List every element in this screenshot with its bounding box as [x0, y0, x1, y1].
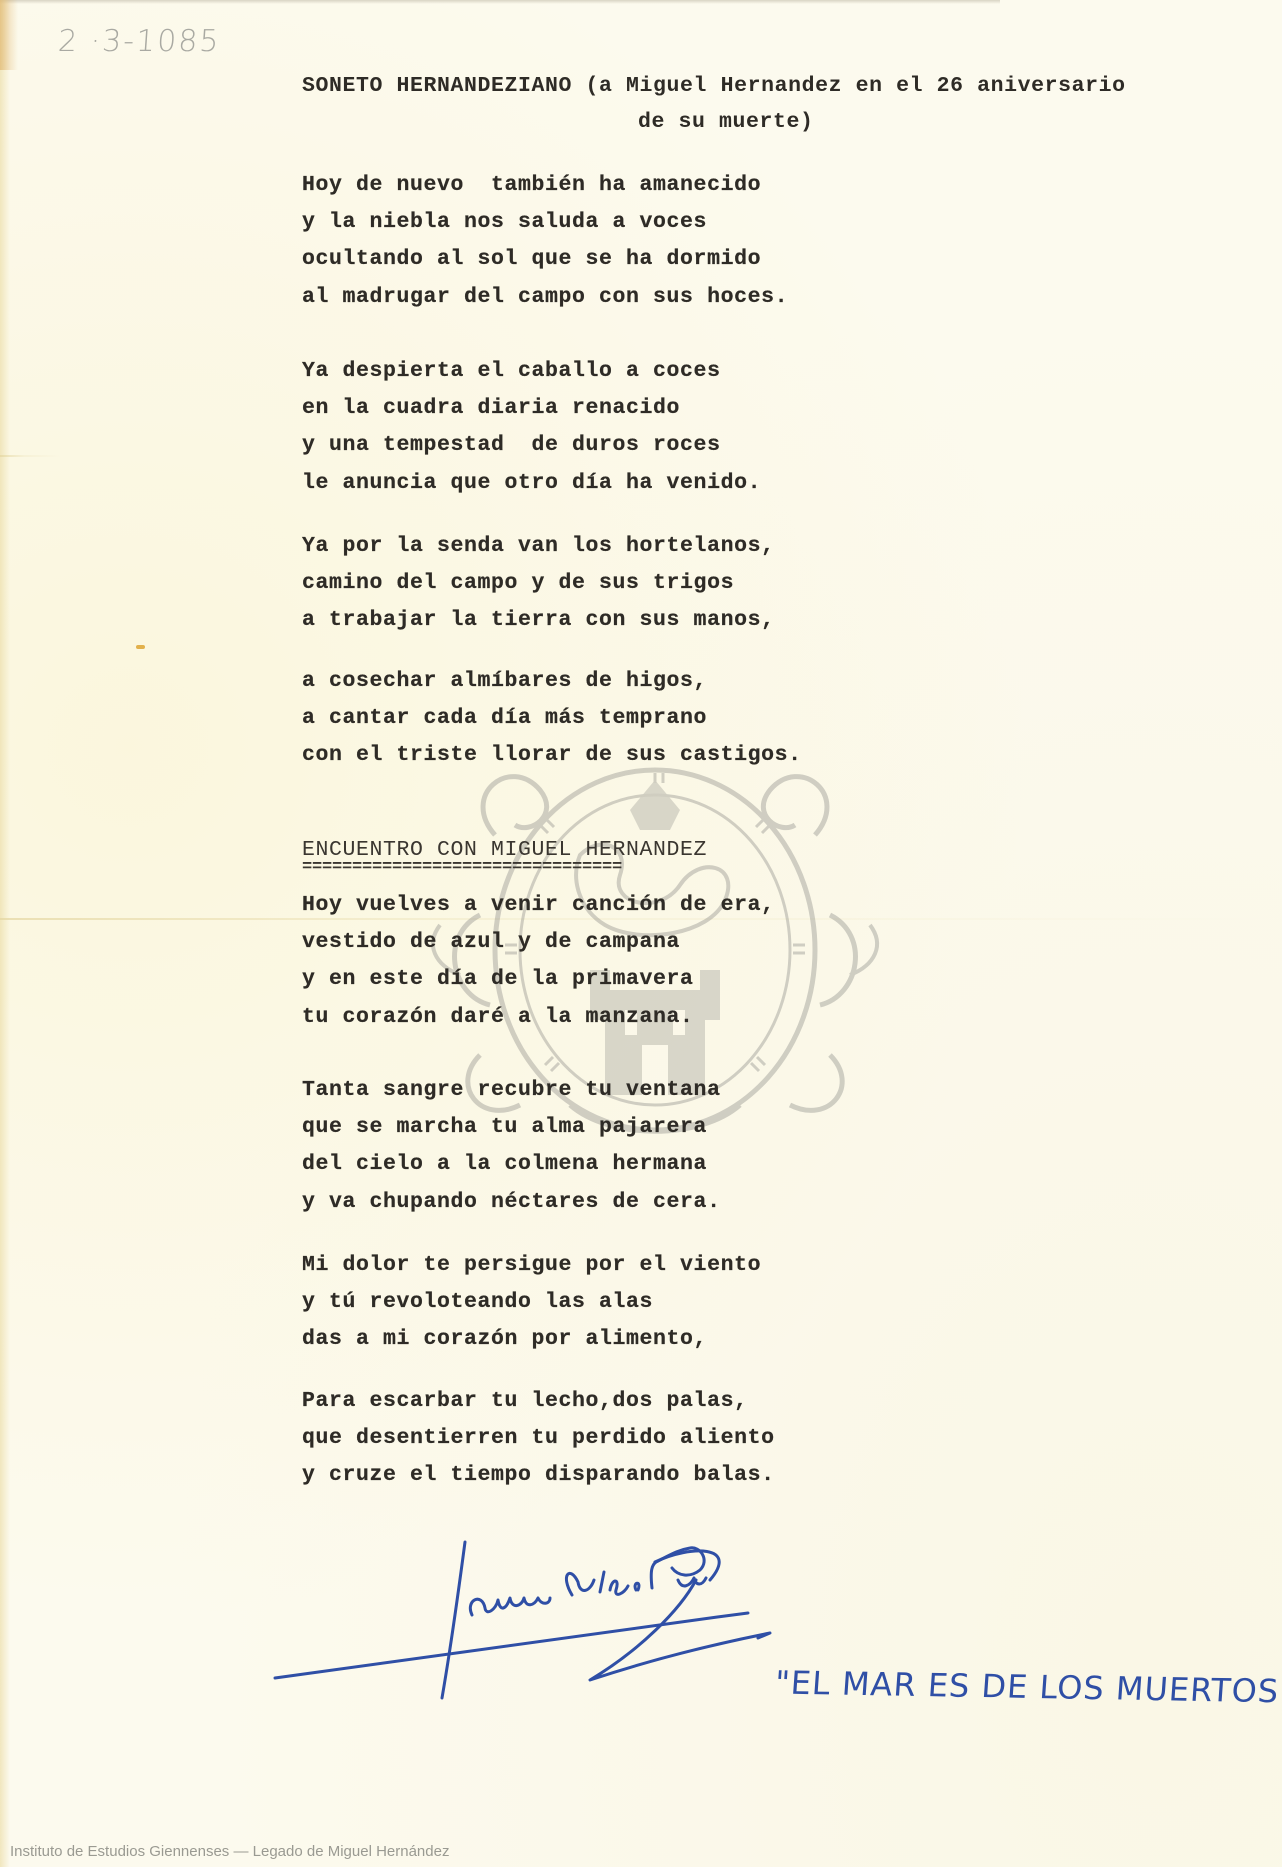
- poem-line: con el triste llorar de sus castigos.: [302, 737, 802, 774]
- ink-spot: [136, 645, 145, 649]
- paper-top-edge: [0, 0, 1000, 4]
- poem-line: y una tempestad de duros roces: [302, 427, 761, 464]
- poem-line: a cantar cada día más temprano: [302, 700, 802, 737]
- poem-line: que se marcha tu alma pajarera: [302, 1109, 721, 1146]
- poem-line: en la cuadra diaria renacido: [302, 390, 761, 427]
- poem-line: Tanta sangre recubre tu ventana: [302, 1072, 721, 1109]
- poem-line: y cruze el tiempo disparando balas.: [302, 1457, 775, 1494]
- poem2-stanza-3: Mi dolor te persigue por el viento y tú …: [302, 1247, 761, 1359]
- poem-line: y en este día de la primavera: [302, 961, 775, 998]
- poem-line: y va chupando néctares de cera.: [302, 1184, 721, 1221]
- poem-line: ocultando al sol que se ha dormido: [302, 241, 788, 278]
- poem-line: le anuncia que otro día ha venido.: [302, 465, 761, 502]
- paper-left-edge: [0, 0, 10, 1867]
- poem-line: camino del campo y de sus trigos: [302, 565, 775, 602]
- poem2-stanza-1: Hoy vuelves a venir canción de era, vest…: [302, 887, 775, 1036]
- poem1-stanza-2: Ya despierta el caballo a coces en la cu…: [302, 353, 761, 502]
- title-double-underline: ================================: [302, 858, 622, 877]
- poem-line: a trabajar la tierra con sus manos,: [302, 602, 775, 639]
- poem-line: al madrugar del campo con sus hoces.: [302, 279, 788, 316]
- poem-line: Hoy vuelves a venir canción de era,: [302, 887, 775, 924]
- poem2-stanza-4: Para escarbar tu lecho,dos palas, que de…: [302, 1383, 775, 1495]
- poem-line: vestido de azul y de campana: [302, 924, 775, 961]
- poem1-stanza-4: a cosechar almíbares de higos, a cantar …: [302, 663, 802, 775]
- poem-line: das a mi corazón por alimento,: [302, 1321, 761, 1358]
- corner-stain: [0, 0, 18, 70]
- archive-date-annotation: 2 ·3-1085: [57, 24, 222, 59]
- poem2-stanza-2: Tanta sangre recubre tu ventana que se m…: [302, 1072, 721, 1221]
- document-page: 2 ·3-1085 SONETO HERNANDEZIANO (a Miguel…: [0, 0, 1282, 1867]
- poem-line: y tú revoloteando las alas: [302, 1284, 761, 1321]
- poem-line: y la niebla nos saluda a voces: [302, 204, 788, 241]
- poem-line: Hoy de nuevo también ha amanecido: [302, 167, 788, 204]
- archive-credit: Instituto de Estudios Giennenses — Legad…: [10, 1843, 449, 1860]
- poem-line: Ya por la senda van los hortelanos,: [302, 528, 775, 565]
- poem1-stanza-3: Ya por la senda van los hortelanos, cami…: [302, 528, 775, 640]
- poem-line: a cosechar almíbares de higos,: [302, 663, 802, 700]
- poem-line: que desentierren tu perdido aliento: [302, 1420, 775, 1457]
- poem-title-continuation: de su muerte): [638, 110, 814, 134]
- poem-line: Para escarbar tu lecho,dos palas,: [302, 1383, 775, 1420]
- poem-line: Mi dolor te persigue por el viento: [302, 1247, 761, 1284]
- poem-line: del cielo a la colmena hermana: [302, 1146, 721, 1183]
- handwritten-book-title: "EL MAR ES DE LOS MUERTOS": [774, 1663, 1282, 1710]
- poem-title: SONETO HERNANDEZIANO (a Miguel Hernandez…: [302, 74, 1126, 98]
- paper-crease: [0, 455, 60, 457]
- poem1-stanza-1: Hoy de nuevo también ha amanecido y la n…: [302, 167, 788, 316]
- poem-line: Ya despierta el caballo a coces: [302, 353, 761, 390]
- poem-line: tu corazón daré a la manzana.: [302, 999, 775, 1036]
